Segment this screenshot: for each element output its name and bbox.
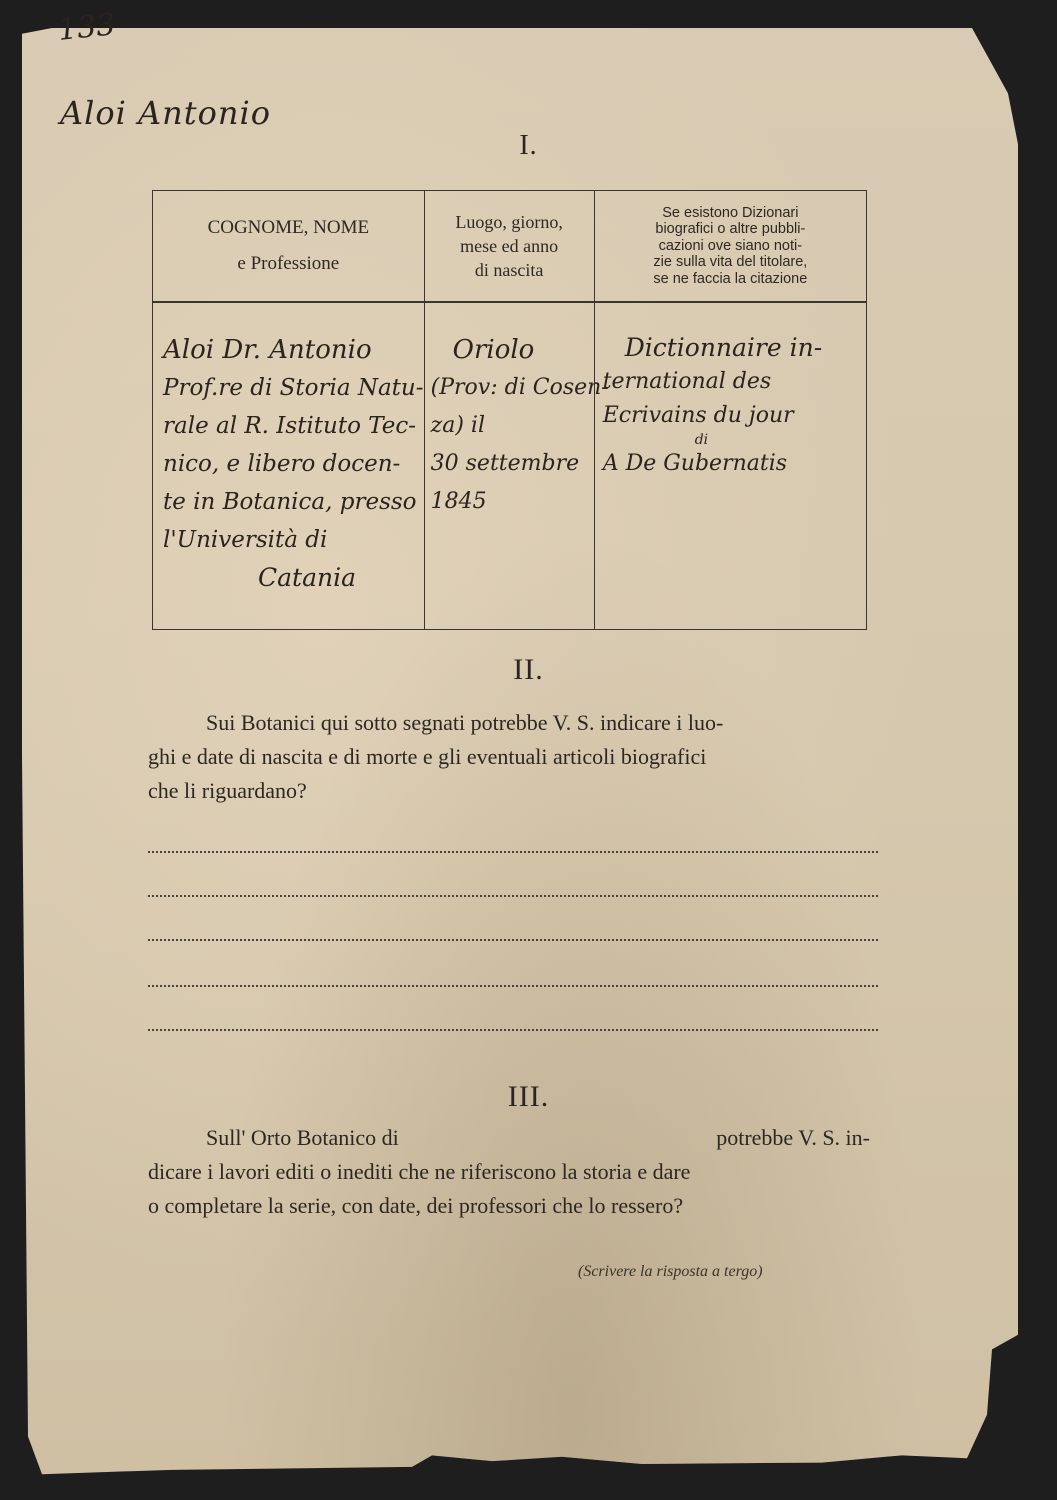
archive-number: 133 — [56, 7, 117, 48]
answer-line-1[interactable] — [148, 851, 878, 853]
section-1-numeral: I. — [0, 130, 1057, 162]
cell-birth: Oriolo (Prov: di Cosen- za) il 30 settem… — [424, 302, 594, 630]
section-3-line1-start: Sull' Orto Botanico di — [148, 1121, 399, 1155]
answer-line-4[interactable] — [148, 985, 878, 987]
section-2-numeral: II. — [0, 653, 1057, 687]
section-3-numeral: III. — [0, 1080, 1057, 1114]
section-3-question: Sull' Orto Botanico di potrebbe V. S. in… — [148, 1121, 870, 1223]
answer-line-3[interactable] — [148, 939, 878, 941]
handwritten-birth: Oriolo (Prov: di Cosen- za) il 30 settem… — [431, 331, 609, 521]
answer-line-5[interactable] — [148, 1029, 878, 1031]
biographical-table: COGNOME, NOME e Professione Luogo, giorn… — [152, 190, 867, 630]
cell-name-profession: Aloi Dr. Antonio Prof.re di Storia Natu-… — [153, 302, 425, 630]
reply-on-back-note: (Scrivere la risposta a tergo) — [578, 1263, 763, 1281]
cell-citation: Dictionnaire in- ternational des Ecrivai… — [594, 302, 866, 630]
table-header-row: COGNOME, NOME e Professione Luogo, giorn… — [153, 191, 867, 303]
handwritten-name-profession: Aloi Dr. Antonio Prof.re di Storia Natu-… — [163, 331, 424, 597]
section-3-line1-end: potrebbe V. S. in- — [658, 1121, 870, 1155]
handwritten-citation: Dictionnaire in- ternational des Ecrivai… — [603, 331, 822, 481]
header-birth: Luogo, giorno, mese ed anno di nascita — [424, 191, 594, 303]
handwritten-name-heading: Aloi Antonio — [60, 94, 271, 132]
section-2-question: Sui Botanici qui sotto segnati potrebbe … — [148, 706, 870, 808]
header-name-profession: COGNOME, NOME e Professione — [153, 191, 425, 303]
answer-line-2[interactable] — [148, 895, 878, 897]
header-citation: Se esistono Dizionari biografici o altre… — [594, 191, 866, 303]
table-row: Aloi Dr. Antonio Prof.re di Storia Natu-… — [153, 302, 867, 630]
